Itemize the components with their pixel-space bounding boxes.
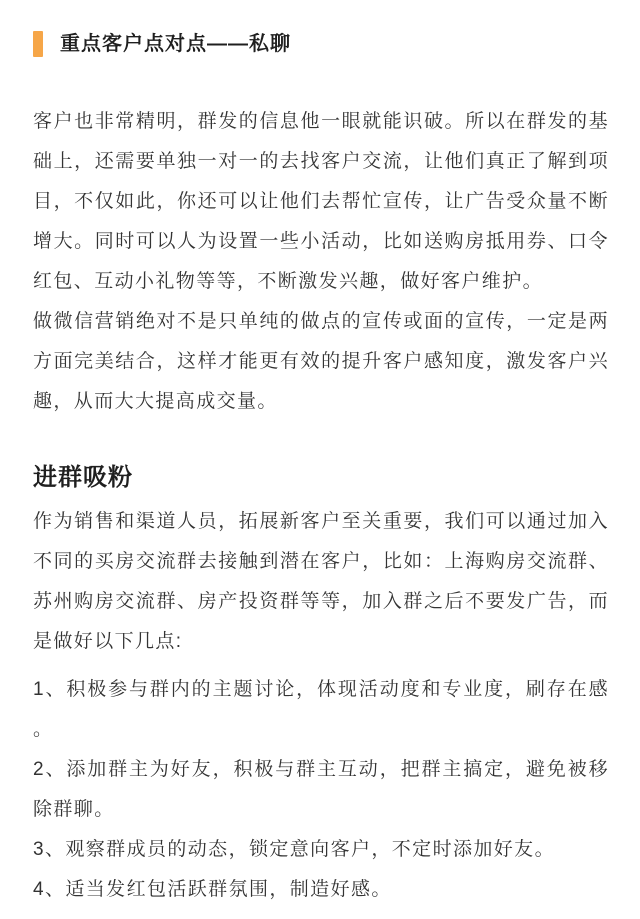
paragraph-wechat-marketing: 做微信营销绝对不是只单纯的做点的宣传或面的宣传，一定是两方面完美结合，这样才能更… bbox=[33, 302, 609, 422]
list-item-3: 3、观察群成员的动态，锁定意向客户，不定时添加好友。 bbox=[33, 830, 609, 870]
numbered-points-list: 1、积极参与群内的主题讨论，体现活动度和专业度，刷存在感。 2、添加群主为好友，… bbox=[33, 670, 609, 910]
list-item-4: 4、适当发红包活跃群氛围，制造好感。 bbox=[33, 870, 609, 910]
list-item-1: 1、积极参与群内的主题讨论，体现活动度和专业度，刷存在感。 bbox=[33, 670, 609, 750]
intro-paragraphs: 客户也非常精明，群发的信息他一眼就能识破。所以在群发的基础上，还需要单独一对一的… bbox=[33, 102, 609, 422]
orange-marker-bar bbox=[33, 31, 43, 57]
paragraph-private-chat: 客户也非常精明，群发的信息他一眼就能识破。所以在群发的基础上，还需要单独一对一的… bbox=[33, 102, 609, 302]
section-title: 重点客户点对点——私聊 bbox=[60, 30, 291, 58]
article-page: 重点客户点对点——私聊 客户也非常精明，群发的信息他一眼就能识破。所以在群发的基… bbox=[0, 0, 640, 919]
subheading-join-groups: 进群吸粉 bbox=[33, 462, 609, 494]
list-item-2: 2、添加群主为好友，积极与群主互动，把群主搞定，避免被移除群聊。 bbox=[33, 750, 609, 830]
paragraph-group-intro: 作为销售和渠道人员，拓展新客户至关重要，我们可以通过加入不同的买房交流群去接触到… bbox=[33, 502, 609, 662]
section-header: 重点客户点对点——私聊 bbox=[33, 30, 609, 58]
